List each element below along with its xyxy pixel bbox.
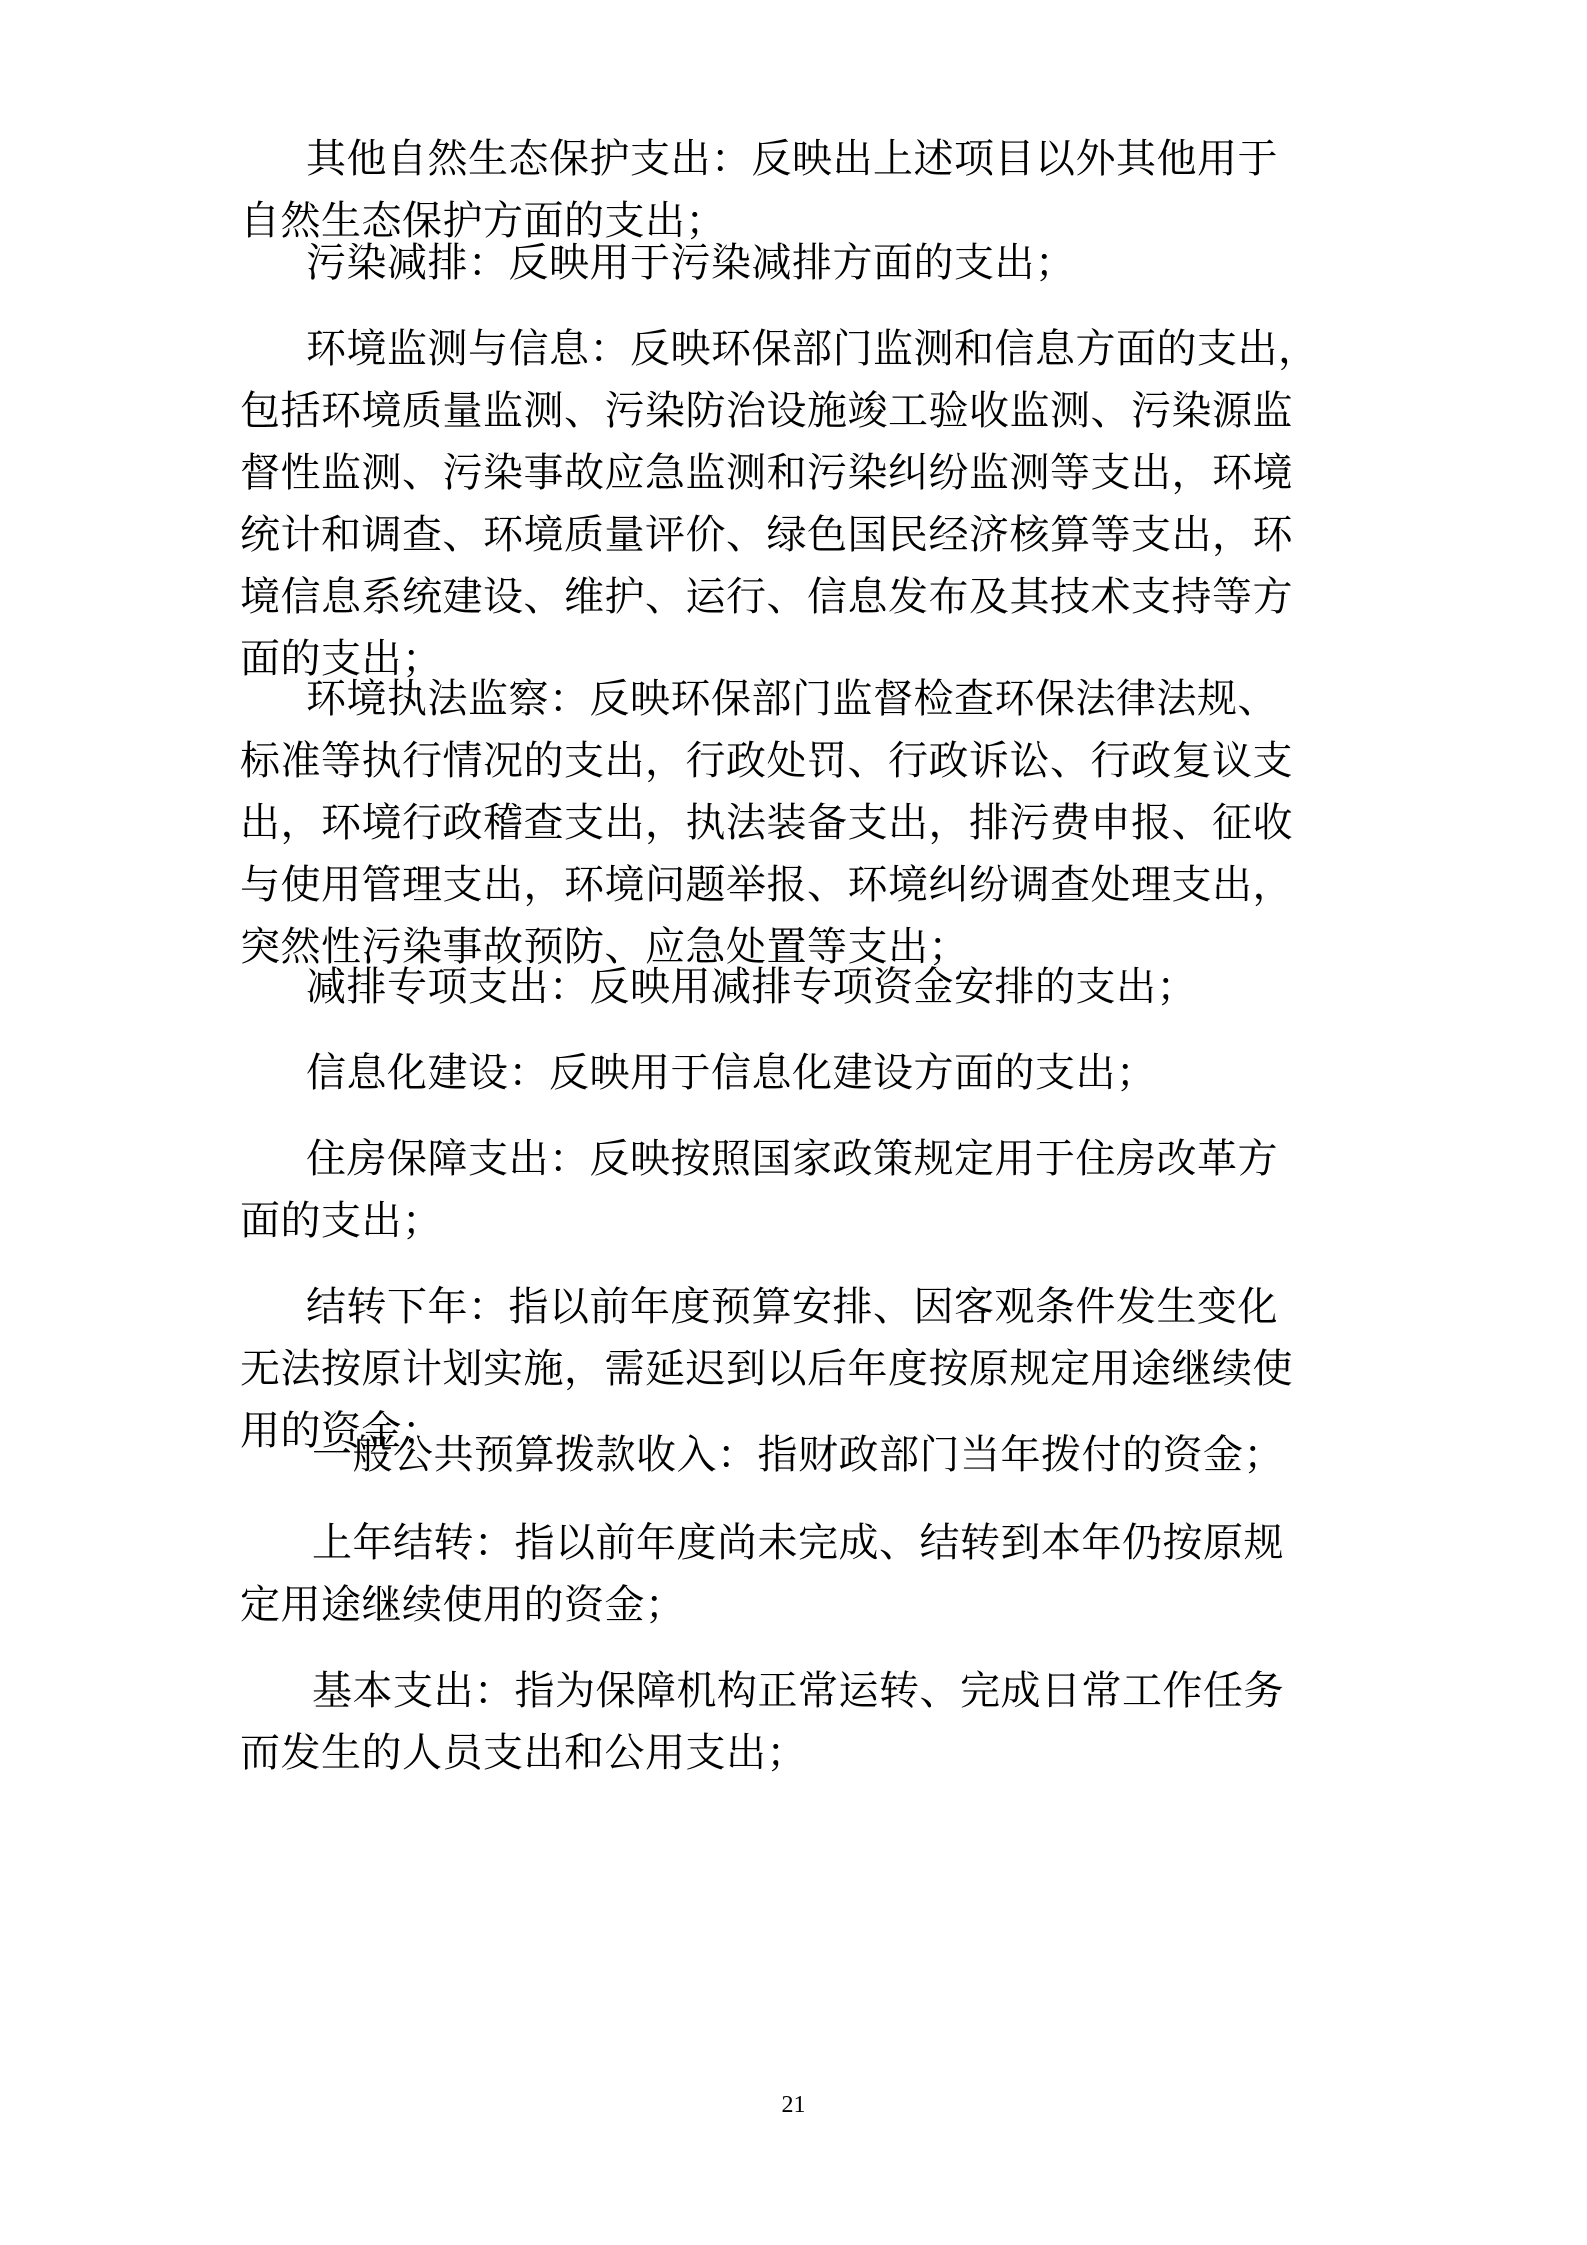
text-line: 一般公共预算拨款收入：指财政部门当年拨付的资金； [240, 1424, 1360, 1486]
text-line: 境信息系统建设、维护、运行、信息发布及其技术支持等方 [240, 566, 1360, 628]
paragraph-housing: 住房保障支出：反映按照国家政策规定用于住房改革方 面的支出； [240, 1128, 1360, 1252]
text-line: 标准等执行情况的支出，行政处罚、行政诉讼、行政复议支 [240, 730, 1360, 792]
text-line: 出，环境行政稽查支出，执法装备支出，排污费申报、征收 [240, 792, 1360, 854]
text-line: 无法按原计划实施，需延迟到以后年度按原规定用途继续使 [240, 1338, 1360, 1400]
text-line: 减排专项支出：反映用减排专项资金安排的支出； [240, 956, 1360, 1018]
paragraph-basic-expenditure: 基本支出：指为保障机构正常运转、完成日常工作任务 而发生的人员支出和公用支出； [240, 1660, 1360, 1784]
text-line: 面的支出； [240, 1190, 1360, 1252]
text-line: 统计和调查、环境质量评价、绿色国民经济核算等支出，环 [240, 504, 1360, 566]
text-line: 上年结转：指以前年度尚未完成、结转到本年仍按原规 [240, 1512, 1360, 1574]
text-line: 环境监测与信息：反映环保部门监测和信息方面的支出， [240, 318, 1360, 380]
paragraph-reduction-special: 减排专项支出：反映用减排专项资金安排的支出； [240, 956, 1360, 1018]
text-line: 结转下年：指以前年度预算安排、因客观条件发生变化 [240, 1276, 1360, 1338]
paragraph-env-enforcement: 环境执法监察：反映环保部门监督检查环保法律法规、 标准等执行情况的支出，行政处罚… [240, 668, 1360, 978]
text-line: 基本支出：指为保障机构正常运转、完成日常工作任务 [240, 1660, 1360, 1722]
text-line: 督性监测、污染事故应急监测和污染纠纷监测等支出，环境 [240, 442, 1360, 504]
paragraph-informatization: 信息化建设：反映用于信息化建设方面的支出； [240, 1042, 1360, 1104]
paragraph-env-monitoring: 环境监测与信息：反映环保部门监测和信息方面的支出， 包括环境质量监测、污染防治设… [240, 318, 1360, 690]
paragraph-pollution-reduction: 污染减排：反映用于污染减排方面的支出； [240, 232, 1360, 294]
document-page: 其他自然生态保护支出：反映出上述项目以外其他用于 自然生态保护方面的支出； 污染… [0, 0, 1587, 2245]
text-line: 与使用管理支出，环境问题举报、环境纠纷调查处理支出， [240, 854, 1360, 916]
text-line: 定用途继续使用的资金； [240, 1574, 1360, 1636]
text-line: 环境执法监察：反映环保部门监督检查环保法律法规、 [240, 668, 1360, 730]
text-line: 而发生的人员支出和公用支出； [240, 1722, 1360, 1784]
text-line: 其他自然生态保护支出：反映出上述项目以外其他用于 [240, 128, 1360, 190]
text-line: 污染减排：反映用于污染减排方面的支出； [240, 232, 1360, 294]
text-line: 信息化建设：反映用于信息化建设方面的支出； [240, 1042, 1360, 1104]
text-line: 住房保障支出：反映按照国家政策规定用于住房改革方 [240, 1128, 1360, 1190]
paragraph-general-budget-income: 一般公共预算拨款收入：指财政部门当年拨付的资金； [240, 1424, 1360, 1486]
text-line: 包括环境质量监测、污染防治设施竣工验收监测、污染源监 [240, 380, 1360, 442]
page-number: 21 [0, 2092, 1587, 2119]
paragraph-carryover-prev: 上年结转：指以前年度尚未完成、结转到本年仍按原规 定用途继续使用的资金； [240, 1512, 1360, 1636]
